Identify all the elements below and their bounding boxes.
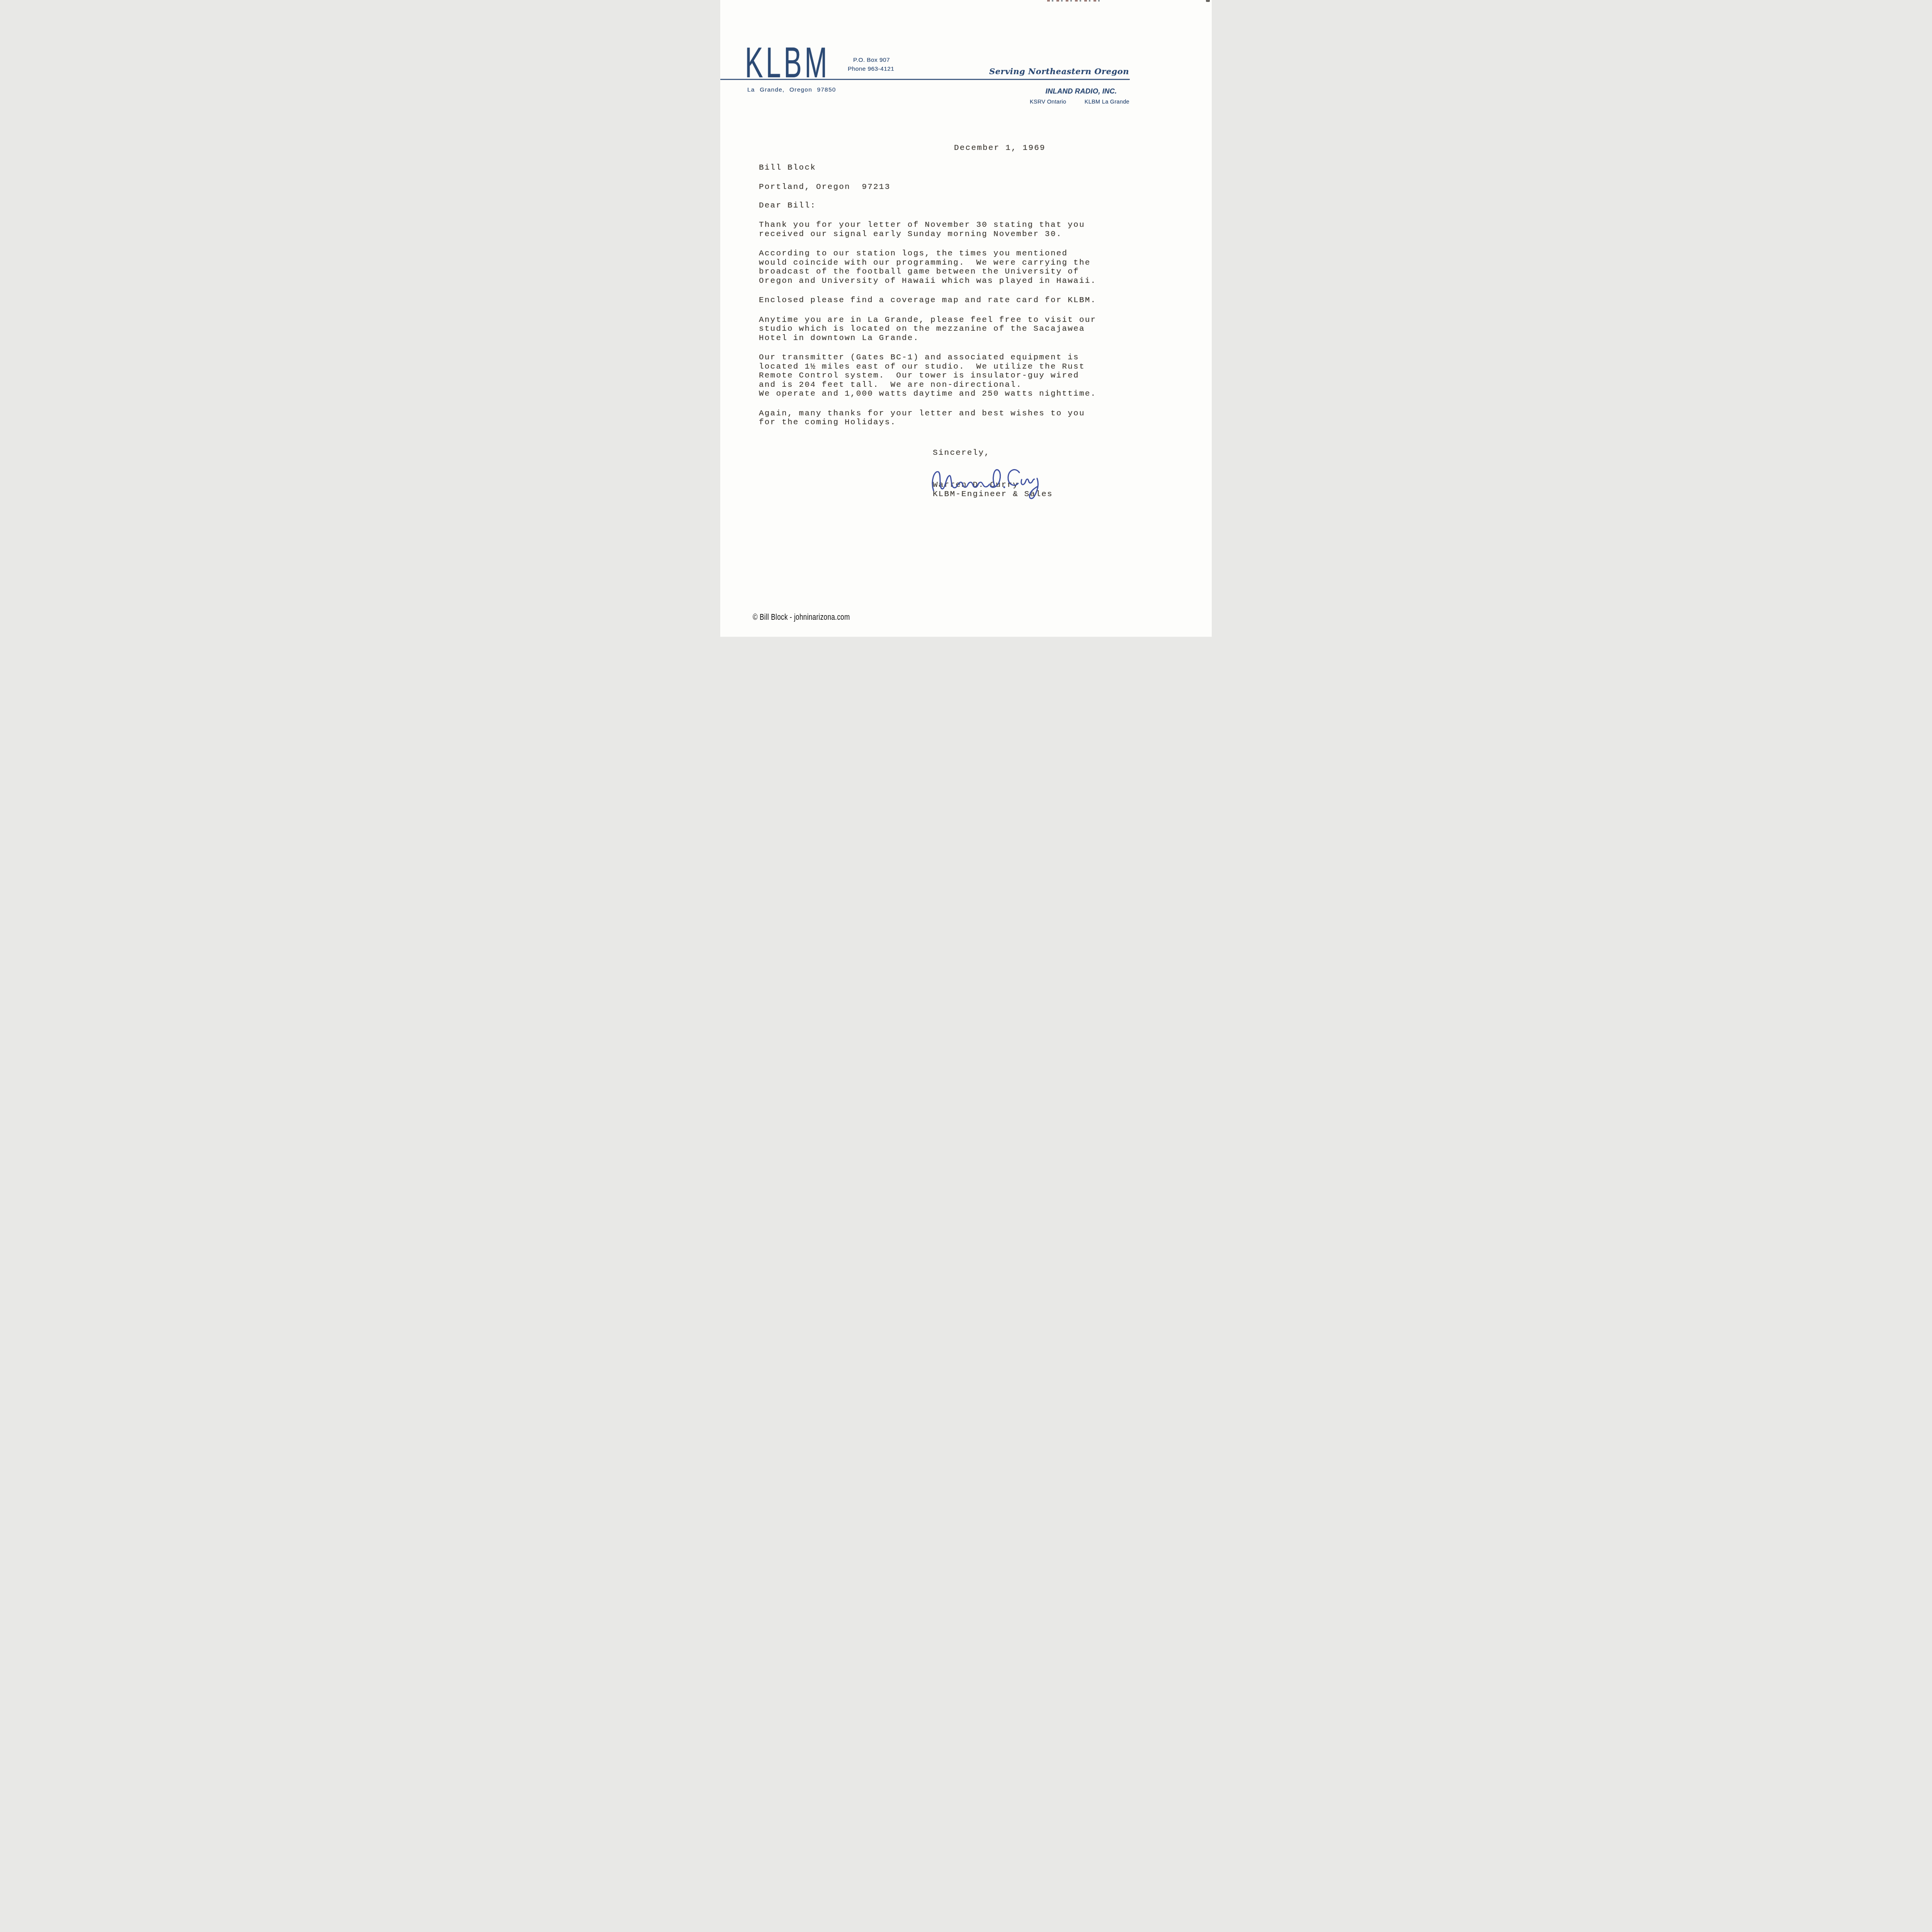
signature-stroke-c	[1008, 470, 1019, 485]
company-name: INLAND RADIO, INC.	[1045, 87, 1117, 96]
body-paragraph-6: Again, many thanks for your letter and b…	[759, 409, 1165, 427]
po-box-line: P.O. Box 907	[848, 56, 894, 65]
salutation: Dear Bill:	[759, 201, 1165, 211]
scan-artifact-corner-blob	[1206, 0, 1210, 2]
copyright-credit: © Bill Block - johninarizona.com	[753, 612, 850, 622]
date-line: December 1, 1969	[954, 144, 1165, 153]
letterhead-rule	[720, 79, 1130, 80]
scan-artifact-cutoff-text	[1047, 0, 1102, 2]
signature-stroke-urr	[1021, 479, 1034, 485]
letter-scan: KLBM P.O. Box 907 Phone 963-4121 Serving…	[720, 0, 1212, 637]
station-ksrv: KSRV Ontario	[1030, 99, 1066, 105]
letterhead-tagline: Serving Northeastern Oregon	[989, 66, 1129, 76]
handwritten-signature	[928, 461, 1165, 481]
station-list: KSRV Ontario KLBM La Grande	[1030, 99, 1129, 105]
body-paragraph-4: Anytime you are in La Grande, please fee…	[759, 316, 1165, 343]
station-logo: KLBM	[745, 42, 830, 85]
signature-period	[1003, 486, 1005, 488]
body-paragraph-2: According to our station logs, the times…	[759, 249, 1165, 286]
body-paragraph-1: Thank you for your letter of November 30…	[759, 221, 1165, 239]
recipient-name: Bill Block	[759, 163, 1165, 173]
signature-stroke-y	[1029, 478, 1038, 498]
recipient-city: Portland, Oregon 97213	[759, 183, 1165, 192]
signature-stroke-warren	[932, 472, 990, 491]
closing-line: Sincerely,	[933, 449, 1165, 458]
station-klbm: KLBM La Grande	[1085, 99, 1129, 105]
body-paragraph-3: Enclosed please find a coverage map and …	[759, 296, 1165, 305]
letterhead-city-line: La Grande, Oregon 97850	[747, 87, 836, 94]
letterhead-contact: P.O. Box 907 Phone 963-4121	[848, 56, 894, 73]
letter-body: December 1, 1969 Bill Block Portland, Or…	[759, 144, 1165, 499]
body-paragraph-5: Our transmitter (Gates BC-1) and associa…	[759, 353, 1165, 399]
signature-stroke-d	[990, 470, 1000, 488]
phone-line: Phone 963-4121	[848, 65, 894, 73]
